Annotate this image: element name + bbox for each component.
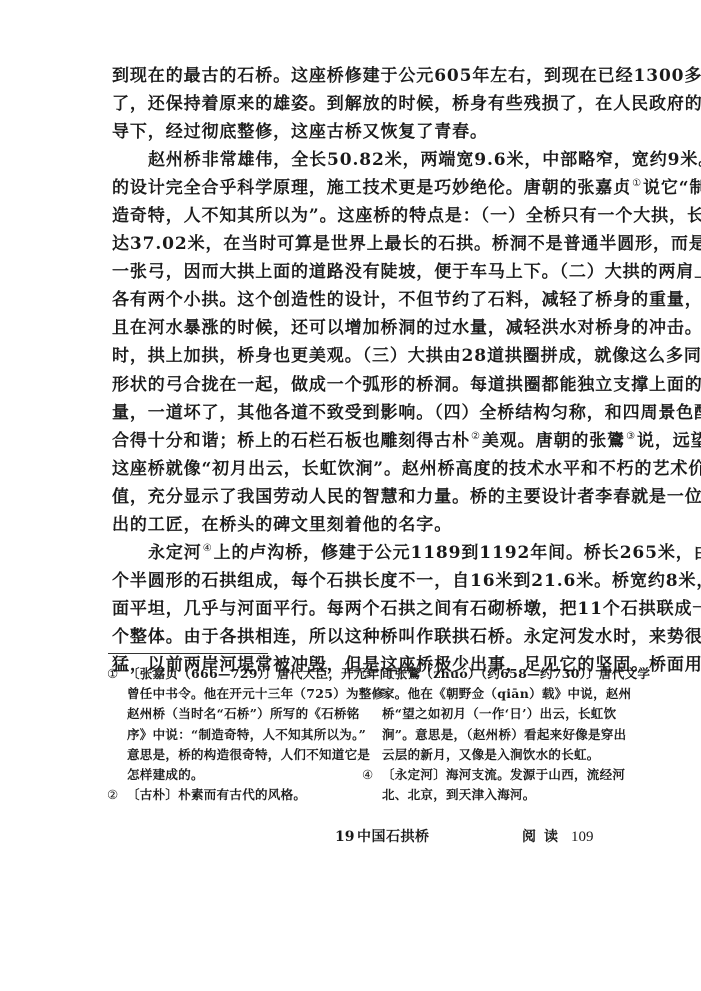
footnote-line: 怎样建成的。 [127, 765, 339, 785]
footnote-1: ① 〔张嘉贞（666—729）〕唐代大臣，开元年间 曾任中书令。他在开元十三年（… [107, 664, 339, 785]
chapter-title: 中国石拱桥 [357, 826, 430, 848]
footnote-line: 涧”。意思是，（赵州桥）看起来好像是穿出 [382, 725, 594, 745]
body-line: 合得十分和谐；桥上的石栏石板也雕刻得古朴②美观。唐朝的张鷟③说，远望 [112, 427, 592, 455]
body-text-segment: 说它“制 [643, 178, 701, 198]
body-line: 形状的弓合拢在一起，做成一个弧形的桥洞。每道拱圈都能独立支撑上面的重 [112, 371, 592, 399]
section-label: 阅读 [522, 826, 566, 848]
body-text-segment: 美观。唐朝的张鷟 [482, 431, 625, 451]
chapter-number: 19 [335, 826, 351, 848]
footnote-2: ② 〔古朴〕朴素而有古代的风格。 [107, 785, 339, 805]
footnote-line: 北、北京，到天津入海河。 [382, 785, 594, 805]
body-line: 导下，经过彻底整修，这座古桥又恢复了青春。 [112, 118, 592, 146]
body-text-segment: 永定河 [148, 543, 202, 563]
body-line: 的设计完全合乎科学原理，施工技术更是巧妙绝伦。唐朝的张嘉贞①说它“制 [112, 174, 592, 202]
body-text-segment: 的设计完全合乎科学原理，施工技术更是巧妙绝伦。唐朝的张嘉贞 [112, 178, 631, 198]
footnotes-right-column: ③ 〔张鷟（zhuó）（约658—约730）〕唐代文学 家。他在《朝野佥（qiā… [362, 664, 594, 805]
footnote-ref-2[interactable]: ② [471, 431, 481, 442]
body-text-segment: 上的卢沟桥，修建于公元1189到1192年间。桥长265米，由11 [214, 543, 701, 563]
body-line: 个半圆形的石拱组成，每个石拱长度不一，自16米到21.6米。桥宽约8米，桥 [112, 567, 592, 595]
body-text-segment: 说，远望 [637, 431, 701, 451]
body-line: 出的工匠，在桥头的碑文里刻着他的名字。 [112, 511, 592, 539]
page-number: 109 [571, 826, 594, 848]
body-line: 一张弓，因而大拱上面的道路没有陡坡，便于车马上下。（二）大拱的两肩上， [112, 258, 592, 286]
footnote-line: 曾任中书令。他在开元十三年（725）为整修 [127, 684, 339, 704]
body-text-segment: 合得十分和谐；桥上的石栏石板也雕刻得古朴 [112, 431, 470, 451]
footnote-line: 〔古朴〕朴素而有古代的风格。 [127, 785, 339, 805]
body-line: 且在河水暴涨的时候，还可以增加桥洞的过水量，减轻洪水对桥身的冲击。同 [112, 314, 592, 342]
footnote-ref-3[interactable]: ③ [626, 431, 636, 442]
body-line: 面平坦，几乎与河面平行。每两个石拱之间有石砌桥墩，把11个石拱联成一 [112, 595, 592, 623]
footnote-marker: ① [107, 664, 119, 684]
body-line: 这座桥就像“初月出云，长虹饮涧”。赵州桥高度的技术水平和不朽的艺术价 [112, 455, 592, 483]
body-line: 个整体。由于各拱相连，所以这种桥叫作联拱石桥。永定河发水时，来势很 [112, 623, 592, 651]
footnote-marker: ④ [362, 765, 374, 785]
body-line: 赵州桥非常雄伟，全长50.82米，两端宽9.6米，中部略窄，宽约9米。桥 [112, 146, 592, 174]
footnote-ref-4[interactable]: ④ [203, 543, 213, 554]
textbook-page: 到现在的最古的石桥。这座桥修建于公元605年左右，到现在已经1300多年 了，还… [0, 0, 701, 991]
body-line: 各有两个小拱。这个创造性的设计，不但节约了石料，减轻了桥身的重量，而 [112, 286, 592, 314]
footnote-marker: ② [107, 785, 119, 805]
footnote-separator [108, 653, 268, 654]
footnote-line: 意思是，桥的构造很奇特，人们不知道它是 [127, 745, 339, 765]
body-line: 量，一道坏了，其他各道不致受到影响。（四）全桥结构匀称，和四周景色配 [112, 399, 592, 427]
body-line: 达37.02米，在当时可算是世界上最长的石拱。桥洞不是普通半圆形，而是像 [112, 230, 592, 258]
body-line: 造奇特，人不知其所以为”。这座桥的特点是：（一）全桥只有一个大拱，长 [112, 202, 592, 230]
footnotes-left-column: ① 〔张嘉贞（666—729）〕唐代大臣，开元年间 曾任中书令。他在开元十三年（… [107, 664, 339, 805]
body-line: 永定河④上的卢沟桥，修建于公元1189到1192年间。桥长265米，由11 [112, 539, 592, 567]
footnote-line: 〔张鷟（zhuó）（约658—约730）〕唐代文学 [382, 664, 594, 684]
body-line: 时，拱上加拱，桥身也更美观。（三）大拱由28道拱圈拼成，就像这么多同样 [112, 342, 592, 370]
footnote-line: 云层的新月，又像是入涧饮水的长虹。 [382, 745, 594, 765]
footnote-line: 家。他在《朝野佥（qiān）载》中说，赵州 [382, 684, 594, 704]
footnote-marker: ③ [362, 664, 374, 684]
footnote-line: 〔永定河〕海河支流。发源于山西，流经河 [382, 765, 594, 785]
footnote-ref-1[interactable]: ① [632, 178, 642, 189]
body-line: 了，还保持着原来的雄姿。到解放的时候，桥身有些残损了，在人民政府的领 [112, 90, 592, 118]
footnote-line: 序》中说：“制造奇特，人不知其所以为。” [127, 725, 339, 745]
body-line: 到现在的最古的石桥。这座桥修建于公元605年左右，到现在已经1300多年 [112, 62, 592, 90]
footnote-line: 桥“望之如初月（一作‘日’）出云，长虹饮 [382, 704, 594, 724]
footnote-line: 赵州桥（当时名“石桥”）所写的《石桥铭 [127, 704, 339, 724]
body-text: 到现在的最古的石桥。这座桥修建于公元605年左右，到现在已经1300多年 了，还… [112, 62, 592, 679]
body-line: 值，充分显示了我国劳动人民的智慧和力量。桥的主要设计者李春就是一位杰 [112, 483, 592, 511]
footnote-line: 〔张嘉贞（666—729）〕唐代大臣，开元年间 [127, 664, 339, 684]
footnote-3: ③ 〔张鷟（zhuó）（约658—约730）〕唐代文学 家。他在《朝野佥（qiā… [362, 664, 594, 765]
footnote-4: ④ 〔永定河〕海河支流。发源于山西，流经河 北、北京，到天津入海河。 [362, 765, 594, 805]
